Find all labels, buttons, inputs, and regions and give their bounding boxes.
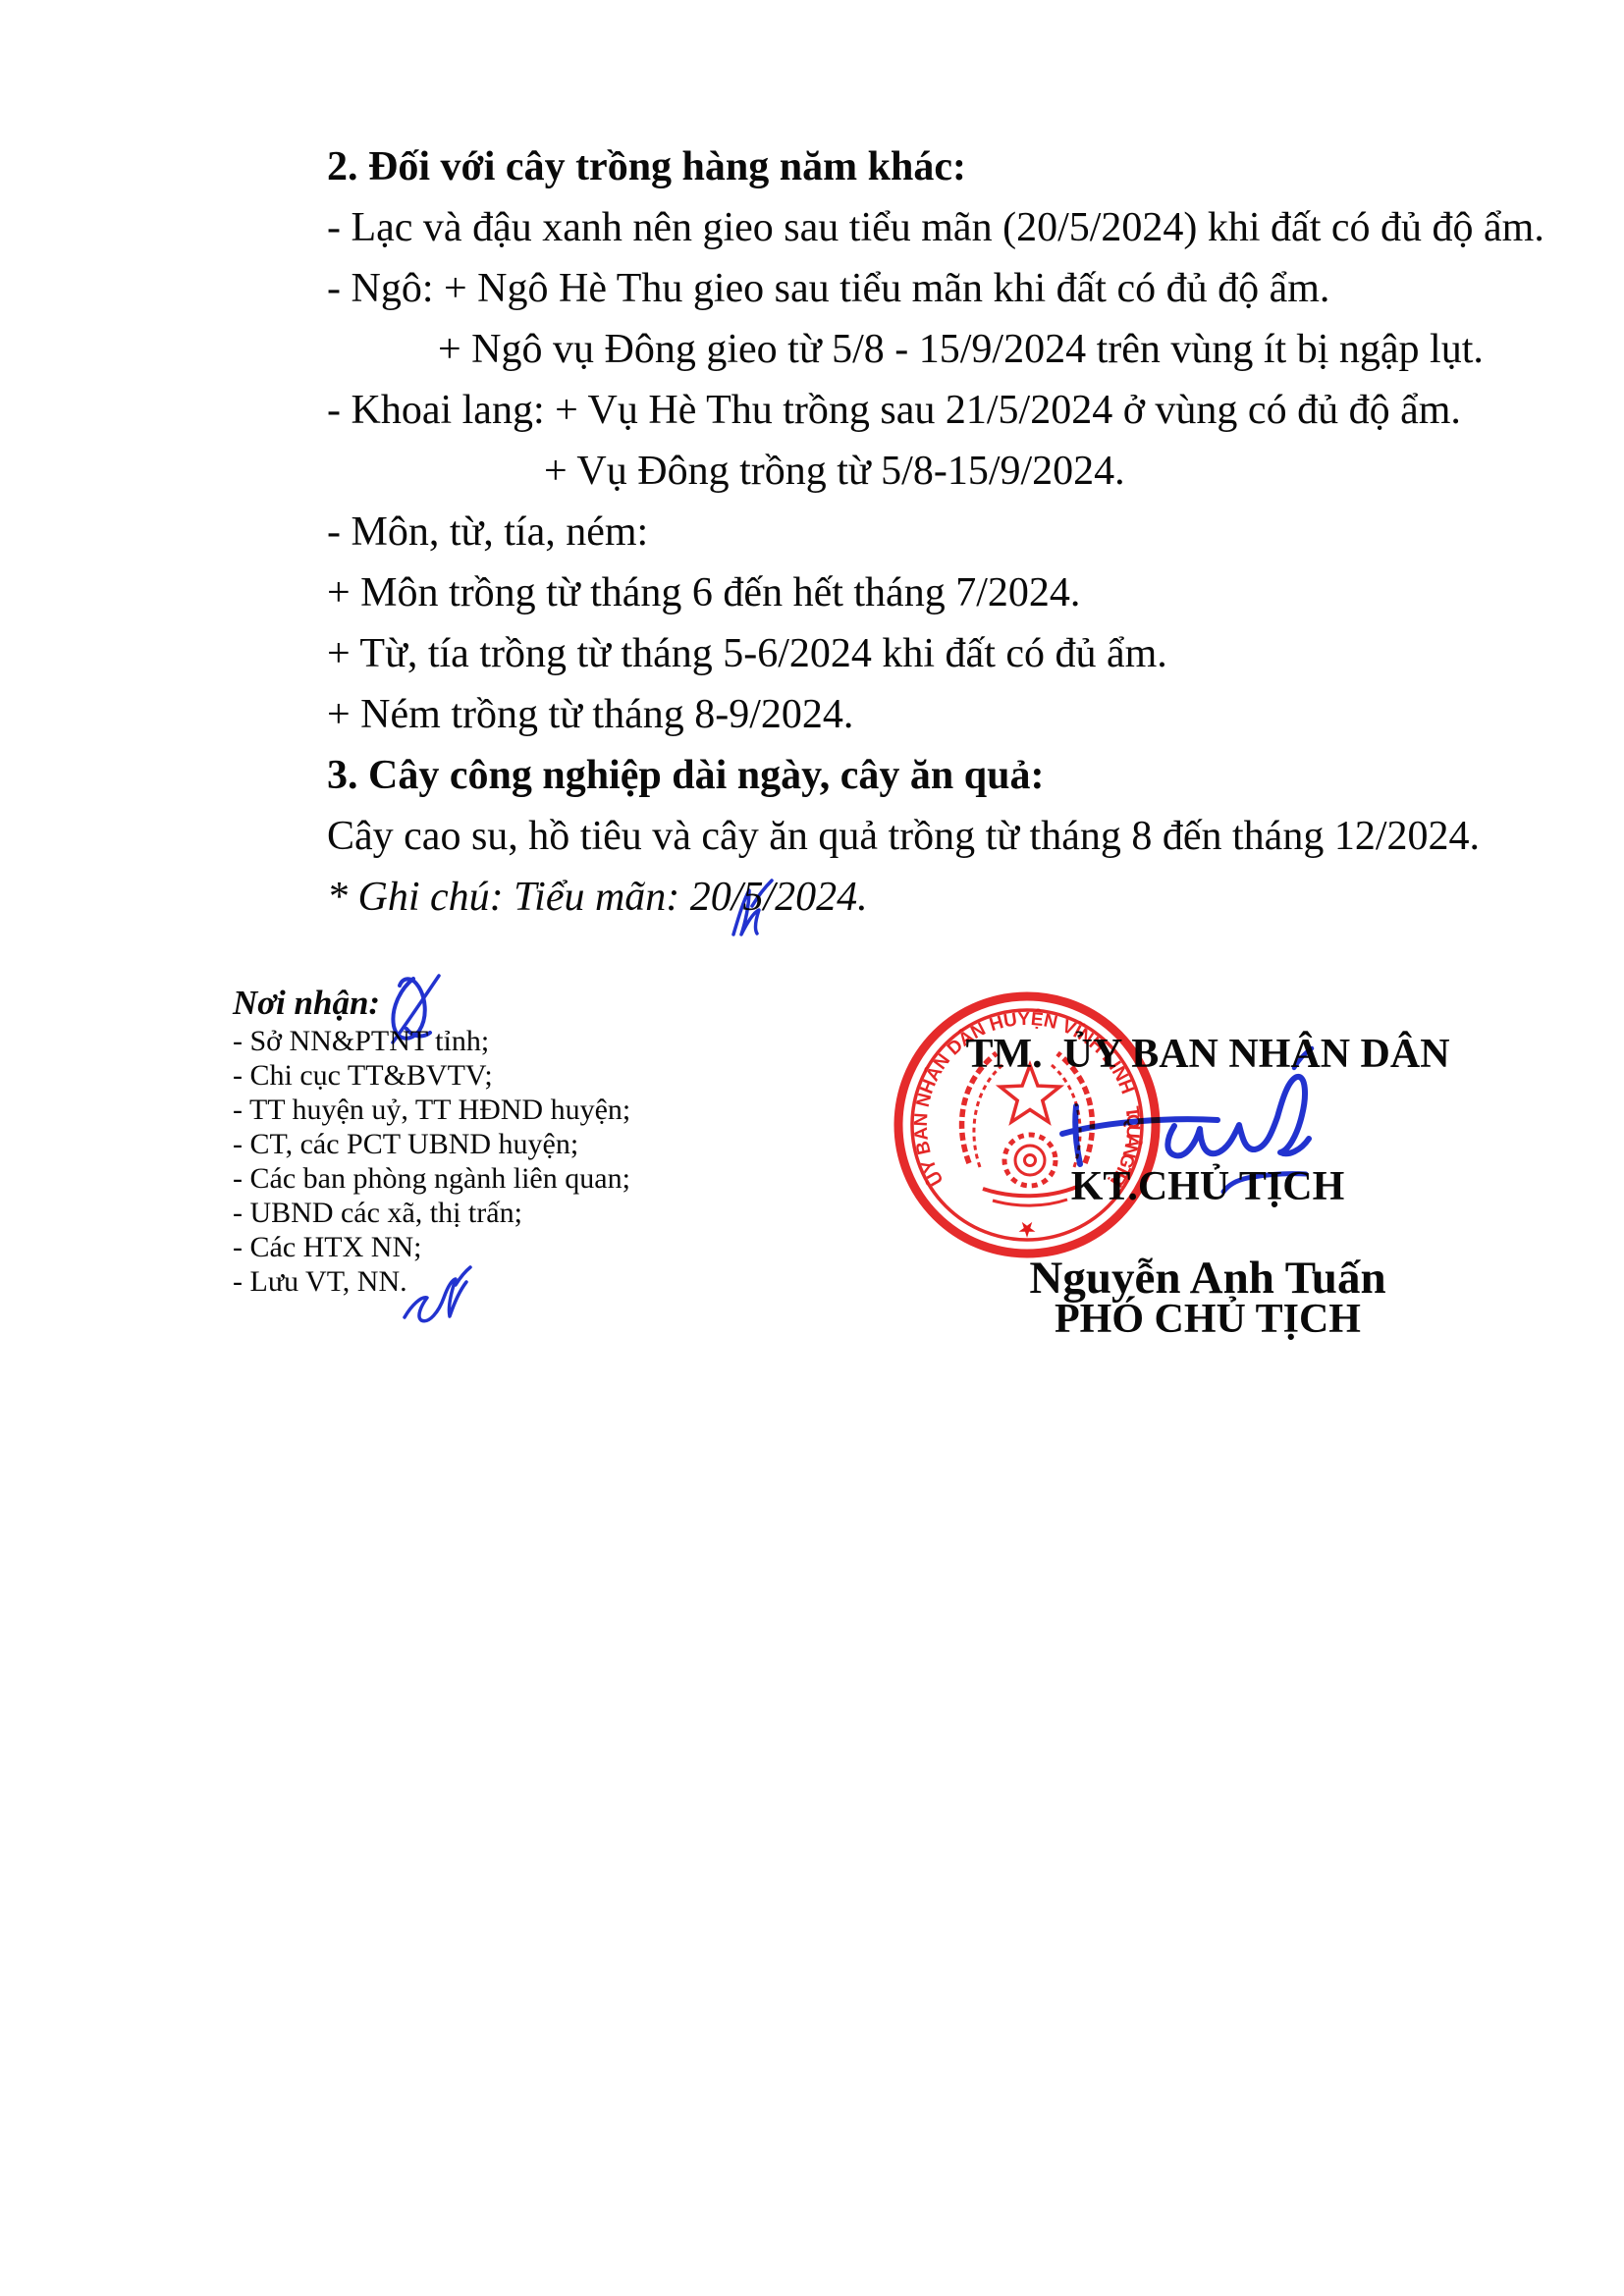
- line-maize-summer: - Ngô: + Ngô Hè Thu gieo sau tiểu mãn kh…: [327, 258, 1329, 319]
- recipient-item: - CT, các PCT UBND huyện;: [233, 1127, 783, 1161]
- line-rubber-pepper: Cây cao su, hồ tiêu và cây ăn quả trồng …: [327, 806, 1480, 867]
- line-taro-list: - Môn, từ, tía, ném:: [327, 502, 648, 562]
- line-tu-tia-schedule: + Từ, tía trồng từ tháng 5-6/2024 khi đấ…: [327, 623, 1167, 684]
- document-page: 2. Đối với cây trồng hàng năm khác: - Lạ…: [0, 0, 1624, 2296]
- recipient-item: - Lưu VT, NN.: [233, 1264, 783, 1299]
- recipient-item: - UBND các xã, thị trấn;: [233, 1196, 783, 1230]
- role-line: PHÓ CHỦ TỊCH: [962, 1298, 1453, 1342]
- recipient-item: - TT huyện uỷ, TT HĐND huyện;: [233, 1093, 783, 1127]
- emblem-wreath-left-icon: [962, 1053, 997, 1163]
- line-sweet-potato: - Khoai lang: + Vụ Hè Thu trồng sau 21/5…: [327, 380, 1461, 441]
- line-taro-schedule: + Môn trồng từ tháng 6 đến hết tháng 7/2…: [327, 562, 1080, 623]
- recipient-item: - Các ban phòng ngành liên quan;: [233, 1161, 783, 1196]
- line-peanut-mungbean: - Lạc và đậu xanh nên gieo sau tiểu mãn …: [327, 197, 1544, 258]
- emblem-wreath-left-inner-icon: [974, 1065, 1002, 1167]
- chairman-signature: [1031, 1036, 1335, 1202]
- seal-bottom-star-icon: ★: [1017, 1217, 1037, 1242]
- heading-industrial-crops: 3. Cây công nghiệp dài ngày, cây ăn quả:: [327, 745, 1045, 806]
- recipients-block: Nơi nhận: - Sở NN&PTNT tỉnh; - Chi cục T…: [233, 983, 783, 1299]
- heading-annual-crops: 2. Đối với cây trồng hàng năm khác:: [327, 136, 966, 197]
- recipient-item: - Sở NN&PTNT tỉnh;: [233, 1024, 783, 1058]
- recipient-item: - Các HTX NN;: [233, 1230, 783, 1264]
- line-maize-winter: + Ngô vụ Đông gieo từ 5/8 - 15/9/2024 tr…: [438, 319, 1484, 380]
- line-winter-crop: + Vụ Đông trồng từ 5/8-15/9/2024.: [544, 441, 1125, 502]
- archive-initial-mark: [394, 1264, 477, 1333]
- recipients-title: Nơi nhận:: [233, 983, 783, 1024]
- line-nem-schedule: + Ném trồng từ tháng 8-9/2024.: [327, 684, 853, 745]
- recipients-initial-mark: [371, 963, 450, 1051]
- recipient-item: - Chi cục TT&BVTV;: [233, 1058, 783, 1093]
- note-initial-mark: [713, 875, 782, 948]
- signer-name: Nguyễn Anh Tuấn: [982, 1253, 1434, 1304]
- note-tieu-man: * Ghi chú: Tiểu mãn: 20/5/2024.: [327, 867, 868, 928]
